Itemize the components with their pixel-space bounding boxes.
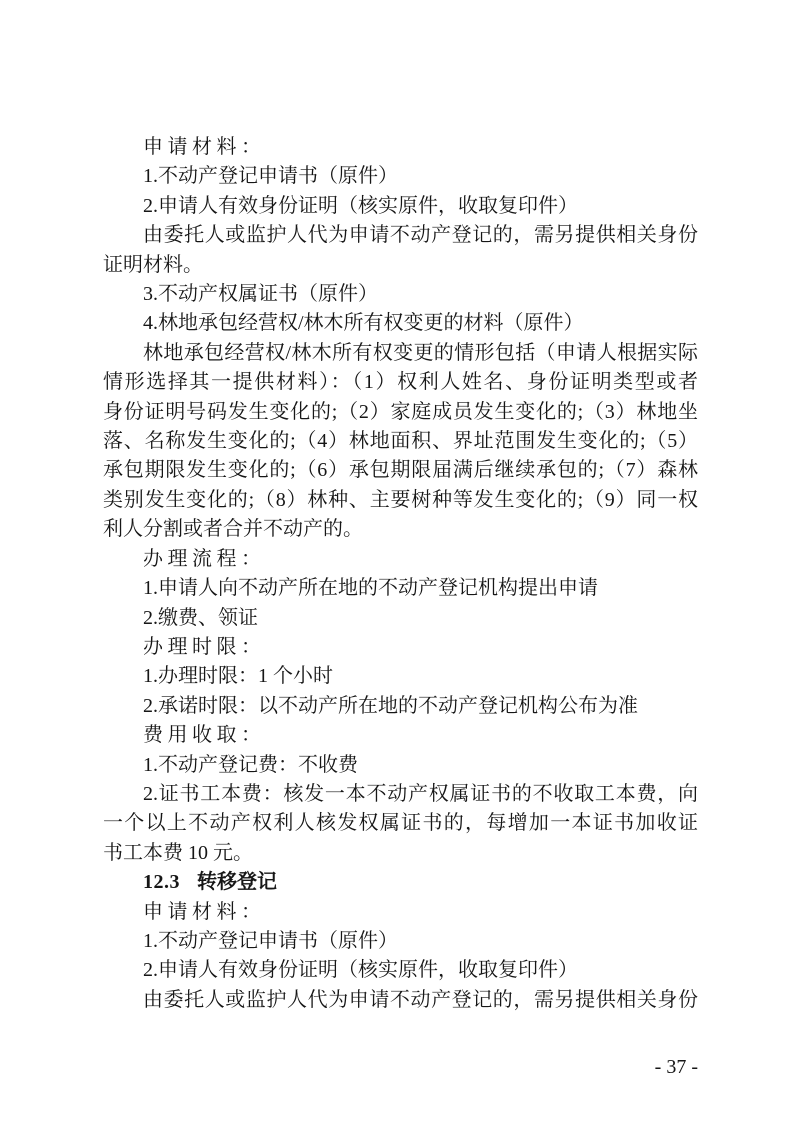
text-line: 落、名称发生变化的;（4）林地面积、界址范围发生变化的;（5） [103,427,698,456]
list-item: 1.不动产登记申请书（原件） [103,162,698,191]
text-line: 证明材料。 [103,251,698,280]
document-body: 申请材料： 1.不动产登记申请书（原件） 2.申请人有效身份证明（核实原件，收取… [103,133,698,1015]
list-item: 4.林地承包经营权/林木所有权变更的材料（原件） [103,309,698,338]
list-item: 1.不动产登记申请书（原件） [103,927,698,956]
paragraph: 1.不动产登记申请书（原件） [103,162,698,191]
text-line: 由委托人或监护人代为申请不动产登记的，需另提供相关身份 [103,986,698,1015]
paragraph: 费用收取： [103,721,698,750]
document-page: 申请材料： 1.不动产登记申请书（原件） 2.申请人有效身份证明（核实原件，收取… [0,0,793,1122]
text-line: 承包期限发生变化的;（6）承包期限届满后继续承包的;（7）森林 [103,456,698,485]
list-item: 1.不动产登记费：不收费 [103,751,698,780]
list-item: 2.申请人有效身份证明（核实原件，收取复印件） [103,956,698,985]
label-fees: 费用收取： [103,721,698,750]
paragraph: 办理流程： [103,545,698,574]
text-line: 林地承包经营权/林木所有权变更的情形包括（申请人根据实际 [103,339,698,368]
paragraph: 由委托人或监护人代为申请不动产登记的，需另提供相关身份 [103,986,698,1015]
label-time-limit: 办理时限： [103,633,698,662]
text-line: 情形选择其一提供材料）：（1）权利人姓名、身份证明类型或者 [103,368,698,397]
text-line: 利人分割或者合并不动产的。 [103,515,698,544]
paragraph: 3.不动产权属证书（原件） [103,280,698,309]
section-heading: 12.3转移登记 [103,868,698,897]
label-process-flow: 办理流程： [103,545,698,574]
list-item: 2.承诺时限：以不动产所在地的不动产登记机构公布为准 [103,692,698,721]
label-application-materials: 申请材料： [103,898,698,927]
text-line: 由委托人或监护人代为申请不动产登记的，需另提供相关身份 [103,221,698,250]
list-item: 1.办理时限：1 个小时 [103,662,698,691]
list-item: 2.缴费、领证 [103,604,698,633]
list-item: 2.申请人有效身份证明（核实原件，收取复印件） [103,192,698,221]
paragraph: 申请材料： [103,898,698,927]
paragraph: 办理时限： [103,633,698,662]
paragraph: 1.办理时限：1 个小时 [103,662,698,691]
text-line: 类别发生变化的;（8）林种、主要树种等发生变化的;（9）同一权 [103,486,698,515]
paragraph: 2.申请人有效身份证明（核实原件，收取复印件） [103,192,698,221]
paragraph: 1.不动产登记申请书（原件） [103,927,698,956]
paragraph: 由委托人或监护人代为申请不动产登记的，需另提供相关身份 证明材料。 [103,221,698,280]
text-line: 身份证明号码发生变化的;（2）家庭成员发生变化的;（3）林地坐 [103,398,698,427]
text-line: 书工本费 10 元。 [103,839,698,868]
paragraph: 2.缴费、领证 [103,604,698,633]
text-line: 2.证书工本费：核发一本不动产权属证书的不收取工本费，向 [103,780,698,809]
paragraph: 林地承包经营权/林木所有权变更的情形包括（申请人根据实际 情形选择其一提供材料）… [103,339,698,545]
text-line: 一个以上不动产权利人核发权属证书的，每增加一本证书加收证 [103,809,698,838]
paragraph: 2.承诺时限：以不动产所在地的不动产登记机构公布为准 [103,692,698,721]
paragraph: 1.申请人向不动产所在地的不动产登记机构提出申请 [103,574,698,603]
paragraph: 申请材料： [103,133,698,162]
section-title: 转移登记 [197,871,277,893]
section-number: 12.3 [143,871,180,893]
paragraph: 2.申请人有效身份证明（核实原件，收取复印件） [103,956,698,985]
page-number: - 37 - [103,1053,698,1082]
paragraph: 4.林地承包经营权/林木所有权变更的材料（原件） [103,309,698,338]
list-item: 1.申请人向不动产所在地的不动产登记机构提出申请 [103,574,698,603]
list-item: 3.不动产权属证书（原件） [103,280,698,309]
paragraph: 2.证书工本费：核发一本不动产权属证书的不收取工本费，向 一个以上不动产权利人核… [103,780,698,868]
paragraph: 1.不动产登记费：不收费 [103,751,698,780]
label-application-materials: 申请材料： [103,133,698,162]
